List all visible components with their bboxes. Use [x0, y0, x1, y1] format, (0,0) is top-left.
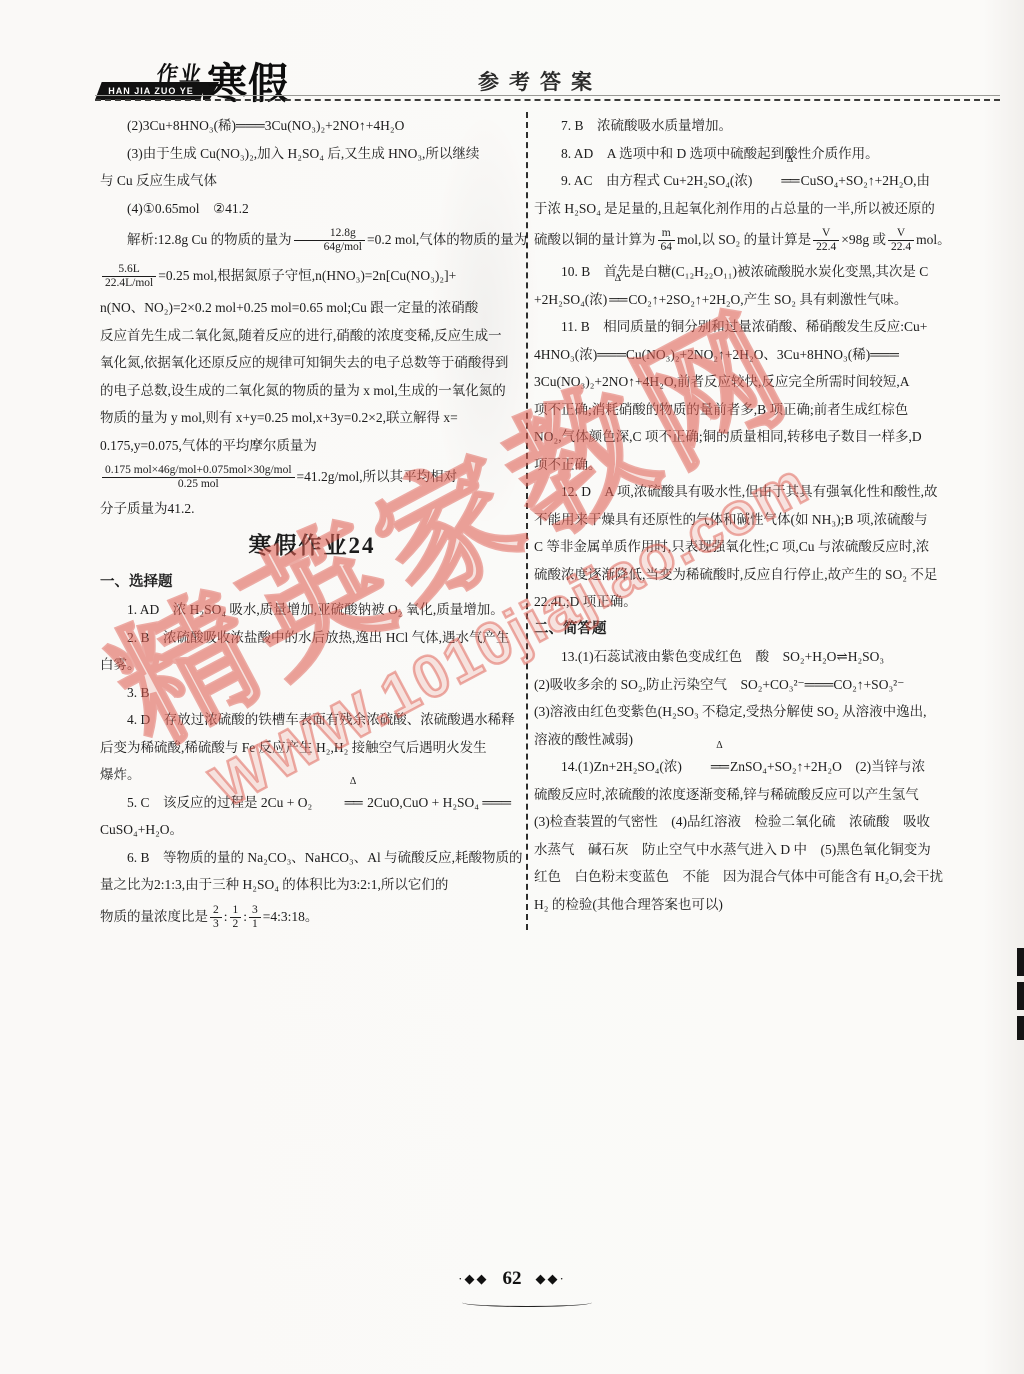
text-line: 7. B 浓硫酸吸水质量增加。: [534, 112, 962, 140]
text-line: H₂ 的检验(其他合理答案也可以): [534, 891, 962, 919]
text-line: 项不正确;消耗硝酸的物质的量前者多,B 项正确;前者生成红棕色: [534, 396, 962, 424]
fraction: 12: [230, 904, 242, 931]
delta-over-equals: Δ══: [754, 167, 798, 195]
text-line: 项不正确。: [534, 451, 962, 479]
scanned-page: HAN JIA ZUO YE 作业 寒假 参考答案 (2)3Cu+8HNO₃(稀…: [0, 0, 1024, 1374]
text-line: 红色 白色粉末变蓝色 不能 因为混合气体中可能含有 H₂O,会干扰: [534, 863, 962, 891]
text-line: n(NO、NO₂)=2×0.2 mol+0.25 mol=0.65 mol;Cu…: [100, 294, 524, 322]
text-line: 于浓 H₂SO₄ 是足量的,且起氧化剂作用的占总量的一半,所以被还原的: [534, 195, 962, 223]
text-line: 硫酸浓度逐渐降低,当变为稀硫酸时,反应自行停止,故产生的 SO₂ 不足: [534, 561, 962, 589]
text-line: 硫酸以铜的量计算为m64mol,以 SO₂ 的量计算是V22.4×98g 或V2…: [534, 222, 962, 258]
text-line: 10. B 首先是白糖(C₁₂H₂₂O₁₁)被浓硫酸脱水炭化变黑,其次是 C: [534, 258, 962, 286]
text-line: 4HNO₃(浓)═══Cu(NO₃)₂+2NO₂↑+2H₂O、3Cu+8HNO₃…: [534, 341, 962, 369]
fraction: 31: [249, 904, 261, 931]
fraction: 23: [210, 904, 222, 931]
text-line: (4)①0.65mol ②41.2: [100, 195, 524, 223]
text-line: 14.(1)Zn+2H₂SO₄(浓)Δ══ZnSO₄+SO₂↑+2H₂O (2)…: [534, 753, 962, 781]
text-line: 不能用来干燥具有还原性的气体和碱性气体(如 NH₃);B 项,浓硫酸与: [534, 506, 962, 534]
page-header: HAN JIA ZUO YE 作业 寒假 参考答案: [0, 0, 1024, 110]
right-column: 7. B 浓硫酸吸水质量增加。8. AD A 选项中和 D 选项中硫酸起到酸性介…: [534, 112, 962, 918]
page-title: 参考答案: [478, 66, 602, 96]
text-line: 分子质量为41.2.: [100, 495, 524, 523]
section-title: 寒假作业24: [100, 523, 524, 569]
text-line: 5.6L22.4L/mol=0.25 mol,根据氮原子守恒,n(HNO₃)=2…: [100, 258, 524, 294]
fraction: 12.8g64g/mol: [294, 227, 365, 254]
column-divider: [526, 112, 528, 930]
text-line: 3. B: [100, 679, 524, 707]
text-line: 物质的量为 y mol,则有 x+y=0.25 mol,x+3y=0.2×2,联…: [100, 404, 524, 432]
text-line: 2. B 浓硫酸吸收浓盐酸中的水后放热,逸出 HCl 气体,遇水气产生: [100, 624, 524, 652]
text-line: 11. B 相同质量的铜分别和过量浓硝酸、稀硝酸发生反应:Cu+: [534, 313, 962, 341]
text-line: (3)溶液由红色变紫色(H₂SO₃ 不稳定,受热分解使 SO₂ 从溶液中逸出,: [534, 698, 962, 726]
text-line: 硫酸反应时,浓硫酸的浓度逐渐变稀,锌与稀硫酸反应可以产生氢气: [534, 781, 962, 809]
delta-over-equals: Δ══: [318, 789, 362, 817]
subsection-heading: 二、简答题: [534, 616, 962, 644]
fraction: 5.6L22.4L/mol: [102, 263, 156, 290]
fraction: m64: [658, 227, 676, 254]
text-line: 的电子总数,设生成的二氧化氮的物质的量为 x mol,生成的一氧化氮的: [100, 377, 524, 405]
page-number: 62: [503, 1268, 522, 1290]
text-line: 白雾。: [100, 651, 524, 679]
text-line: 反应首先生成二氧化氮,随着反应的进行,硝酸的浓度变稀,反应生成一: [100, 322, 524, 350]
text-line: (2)3Cu+8HNO₃(稀)═══3Cu(NO₃)₂+2NO↑+4H₂O: [100, 112, 524, 140]
subsection-heading: 一、选择题: [100, 569, 524, 597]
text-line: 水蒸气 碱石灰 防止空气中水蒸气进入 D 中 (5)黑色氧化铜变为: [534, 836, 962, 864]
text-line: 后变为稀硫酸,稀硫酸与 Fe 反应产生 H₂,H₂ 接触空气后遇明火发生: [100, 734, 524, 762]
footer-ornament-right: ◆◆·: [536, 1271, 566, 1286]
binding-mark: [1017, 948, 1024, 976]
footer-underline-arc: [462, 1298, 592, 1307]
page-footer: ·◆◆62◆◆·: [0, 1268, 1024, 1318]
fraction: 0.175 mol×46g/mol+0.075mol×30g/mol0.25 m…: [102, 464, 295, 491]
footer-ornament-left: ·◆◆: [458, 1271, 488, 1286]
text-line: C 等非金属单质作用时,只表现强氧化性;C 项,Cu 与浓硫酸反应时,浓: [534, 533, 962, 561]
text-line: 4. D 存放过浓硫酸的铁槽车表面有残余浓硫酸、浓硫酸遇水稀释: [100, 706, 524, 734]
text-line: 8. AD A 选项中和 D 选项中硫酸起到酸性介质作用。: [534, 140, 962, 168]
text-line: 爆炸。: [100, 761, 524, 789]
brand-logo: HAN JIA ZUO YE 作业 寒假: [95, 50, 315, 105]
fraction: V22.4: [888, 227, 914, 254]
text-line: (2)吸收多余的 SO₂,防止污染空气 SO₂+CO₃²⁻═══CO₂↑+SO₃…: [534, 671, 962, 699]
header-rule-dashed: [95, 99, 1000, 101]
text-line: 6. B 等物质的量的 Na₂CO₃、NaHCO₃、Al 与硫酸反应,耗酸物质的: [100, 844, 524, 872]
text-line: 量之比为2:1:3,由于三种 H₂SO₄ 的体积比为3:2:1,所以它们的: [100, 871, 524, 899]
text-line: NO₂,气体颜色深,C 项不正确;铜的质量相同,转移电子数目一样多,D: [534, 423, 962, 451]
text-line: 溶液的酸性减弱): [534, 726, 962, 754]
text-line: 9. AC 由方程式 Cu+2H₂SO₄(浓)Δ══CuSO₄+SO₂↑+2H₂…: [534, 167, 962, 195]
text-line: 0.175 mol×46g/mol+0.075mol×30g/mol0.25 m…: [100, 459, 524, 495]
text-line: 0.175,y=0.075,气体的平均摩尔质量为: [100, 432, 524, 460]
text-line: 3Cu(NO₃)₂+2NO↑+4H₂O,前者反应较快,反应完全所需时间较短,A: [534, 368, 962, 396]
left-column: (2)3Cu+8HNO₃(稀)═══3Cu(NO₃)₂+2NO↑+4H₂O(3)…: [100, 112, 524, 935]
text-line: 与 Cu 反应生成气体: [100, 167, 524, 195]
text-line: CuSO₄+H₂O。: [100, 816, 524, 844]
delta-over-equals: Δ══: [684, 753, 728, 781]
text-line: 物质的量浓度比是23:12:31=4:3:18。: [100, 899, 524, 935]
text-line: 13.(1)石蕊试液由紫色变成红色 酸 SO₂+H₂O⇌H₂SO₃: [534, 643, 962, 671]
header-rule-solid: [95, 95, 1000, 96]
logo-big-text: 寒假: [207, 51, 289, 111]
binding-mark: [1017, 982, 1024, 1010]
text-line: 1. AD 浓 H₂SO₄ 吸水,质量增加,亚硫酸钠被 O₂ 氧化,质量增加。: [100, 596, 524, 624]
text-line: +2H₂SO₄(浓)Δ══CO₂↑+2SO₂↑+2H₂O,产生 SO₂ 具有刺激…: [534, 286, 962, 314]
text-line: (3)由于生成 Cu(NO₃)₂,加入 H₂SO₄ 后,又生成 HNO₃,所以继…: [100, 140, 524, 168]
fraction: V22.4: [813, 227, 839, 254]
text-line: (3)检查装置的气密性 (4)品红溶液 检验二氧化硫 浓硫酸 吸收: [534, 808, 962, 836]
text-line: 22.4L;D 项正确。: [534, 588, 962, 616]
text-line: 氧化氮,依据氧化还原反应的规律可知铜失去的电子总数等于硝酸得到: [100, 349, 524, 377]
binding-mark: [1017, 1016, 1024, 1040]
delta-over-equals: Δ══: [609, 286, 626, 314]
text-line: 12. D A 项,浓硫酸具有吸水性,但由于其具有强氧化性和酸性,故: [534, 478, 962, 506]
text-line: 5. C 该反应的过程是 2Cu + O₂ Δ══ 2CuO,CuO + H₂S…: [100, 789, 524, 817]
text-line: 解析:12.8g Cu 的物质的量为12.8g64g/mol=0.2 mol,气…: [100, 222, 524, 258]
logo-top-text: 作业: [155, 58, 205, 88]
